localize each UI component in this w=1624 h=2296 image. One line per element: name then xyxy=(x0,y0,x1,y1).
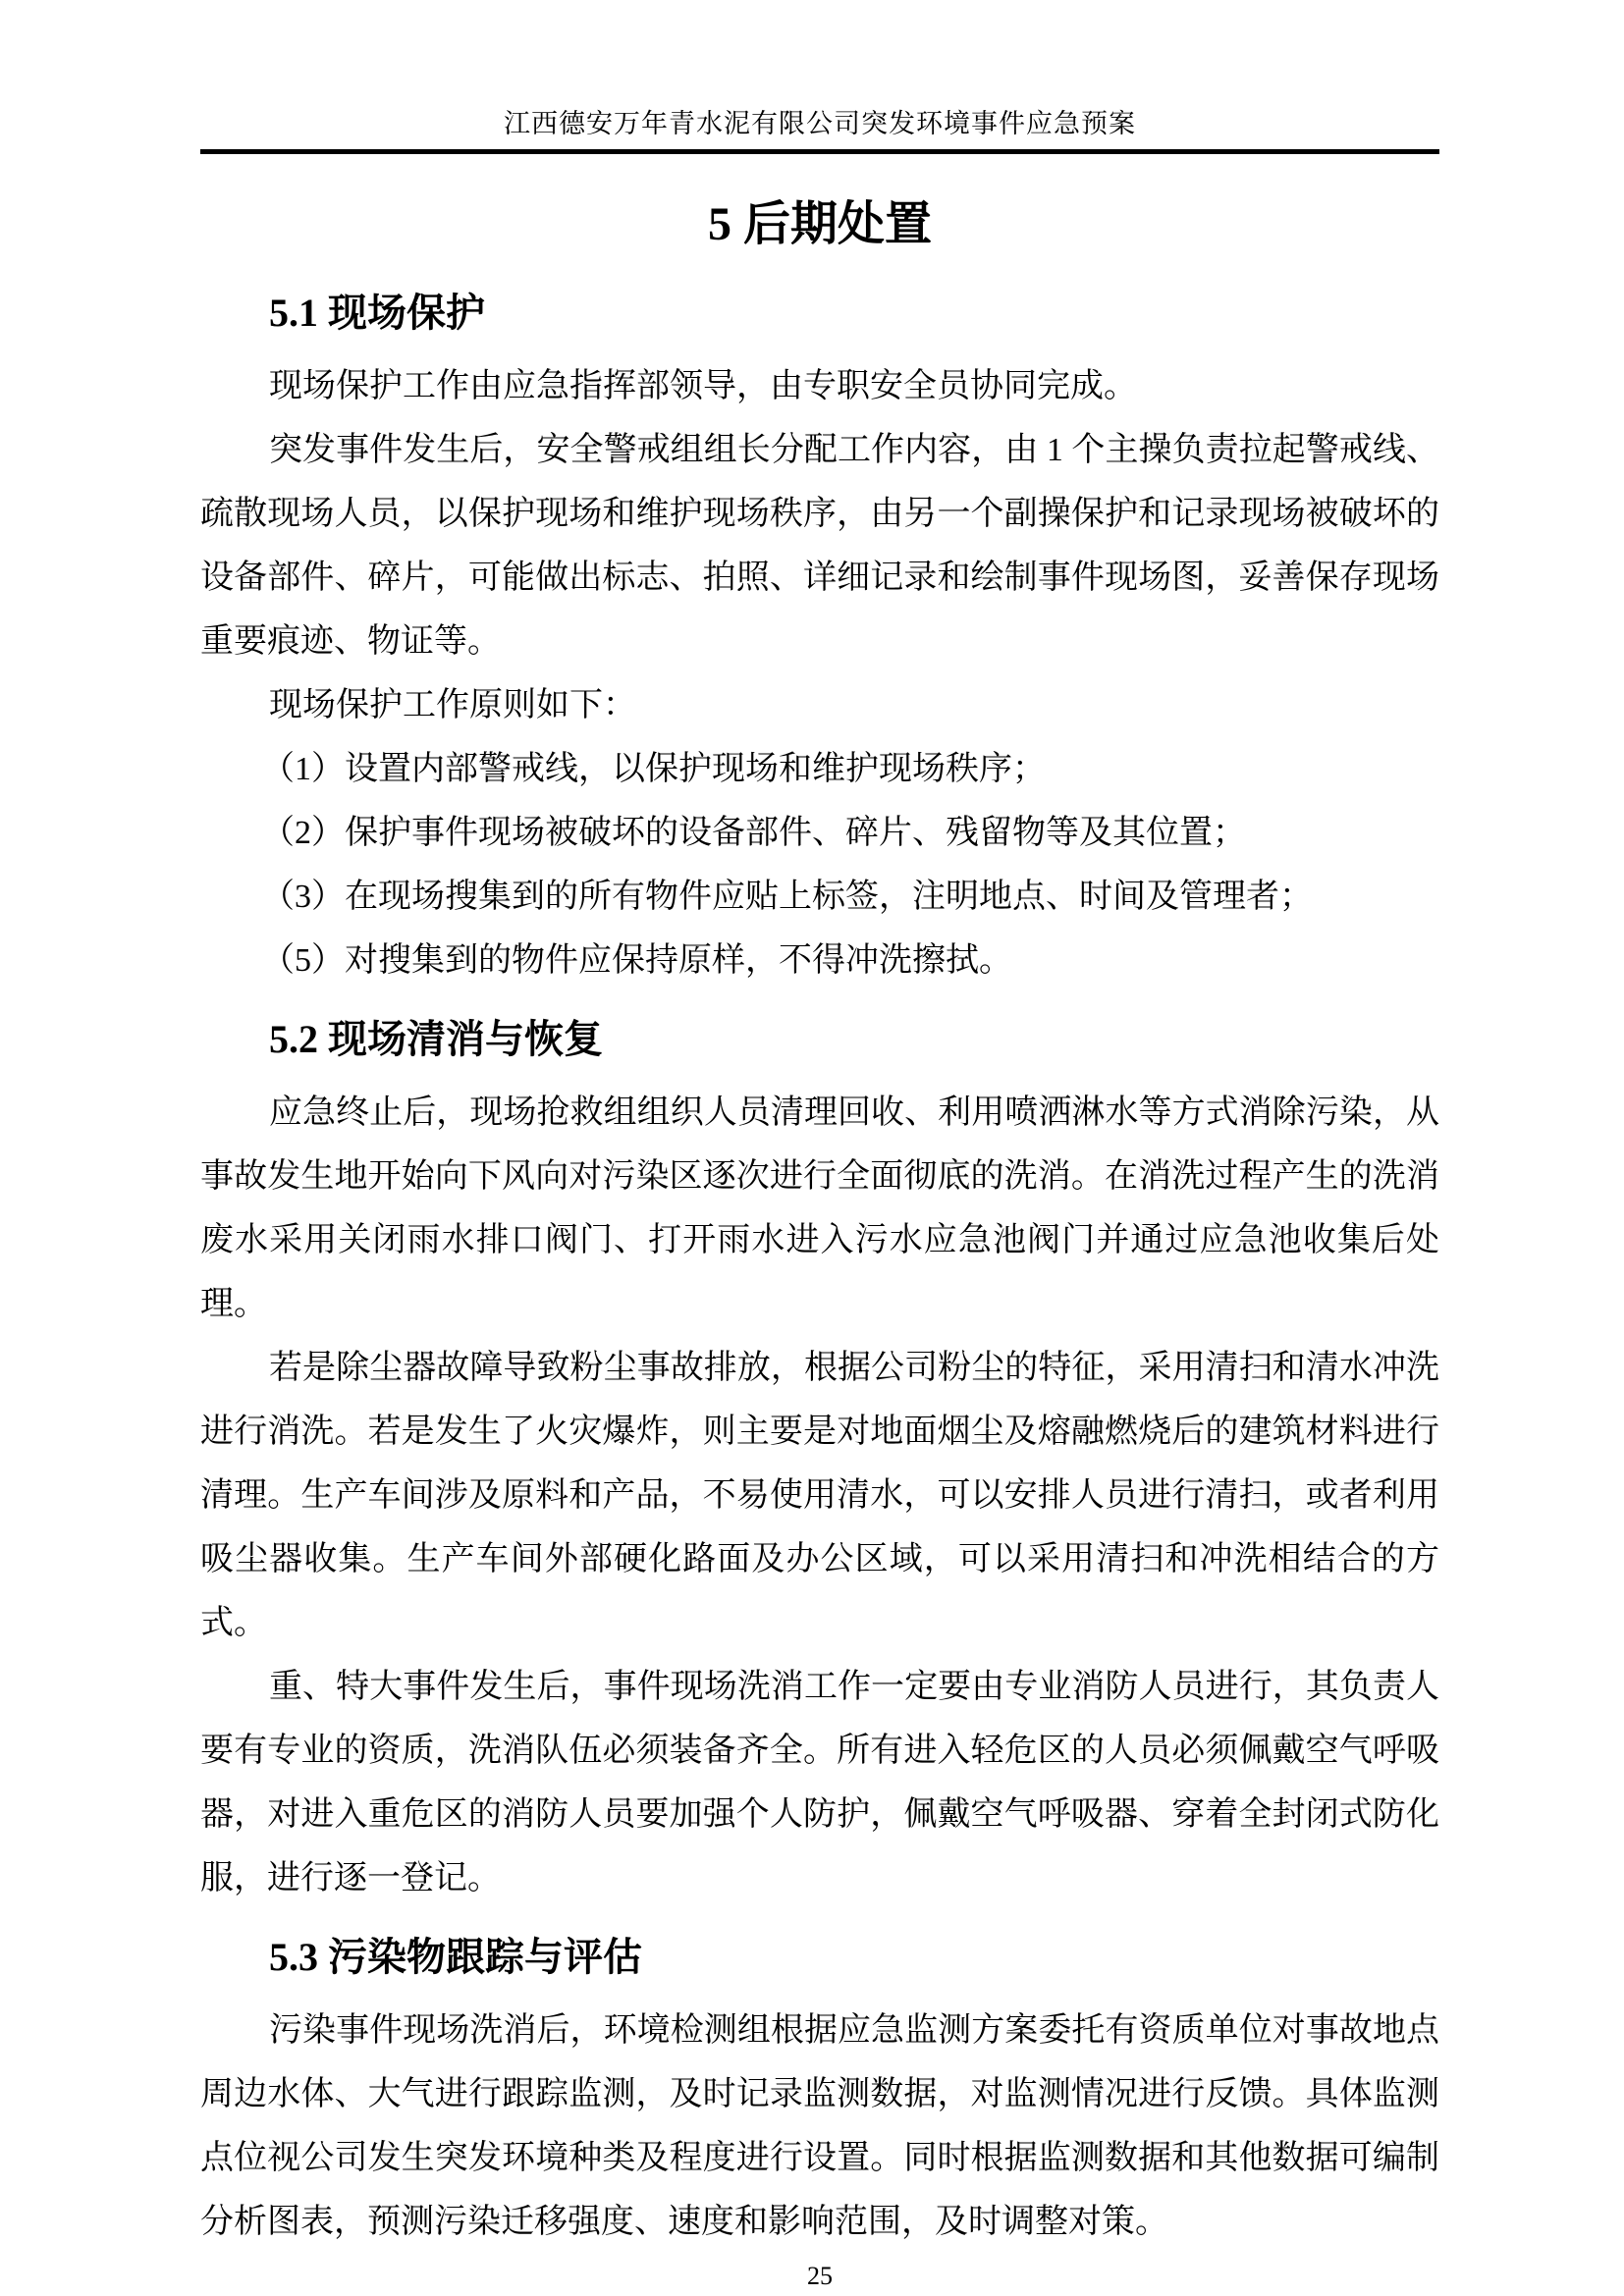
header-rule xyxy=(200,149,1439,154)
document-page: 江西德安万年青水泥有限公司突发环境事件应急预案 5 后期处置 5.1 现场保护 … xyxy=(0,0,1624,2296)
paragraph: 现场保护工作原则如下： xyxy=(200,673,1439,737)
page-number: 25 xyxy=(200,2260,1439,2293)
paragraph: 现场保护工作由应急指挥部领导，由专职安全员协同完成。 xyxy=(200,354,1439,418)
paragraph: 应急终止后，现场抢救组组织人员清理回收、利用喷洒淋水等方式消除污染，从事故发生地… xyxy=(200,1081,1439,1336)
paragraph: 突发事件发生后，安全警戒组组长分配工作内容，由 1 个主操负责拉起警戒线、疏散现… xyxy=(200,418,1439,673)
list-item-5: （5）对搜集到的物件应保持原样，不得冲洗擦拭。 xyxy=(200,929,1439,992)
section-heading-5-3: 5.3 污染物跟踪与评估 xyxy=(200,1932,1439,1983)
list-item-1: （1）设置内部警戒线，以保护现场和维护现场秩序； xyxy=(200,737,1439,801)
paragraph: 若是除尘器故障导致粉尘事故排放，根据公司粉尘的特征，采用清扫和清水冲洗进行消洗。… xyxy=(200,1336,1439,1655)
paragraph: 重、特大事件发生后，事件现场洗消工作一定要由专业消防人员进行，其负责人要有专业的… xyxy=(200,1655,1439,1910)
page-content: 江西德安万年青水泥有限公司突发环境事件应急预案 5 后期处置 5.1 现场保护 … xyxy=(200,0,1439,2293)
list-item-2: （2）保护事件现场被破坏的设备部件、碎片、残留物等及其位置； xyxy=(200,801,1439,865)
chapter-title: 5 后期处置 xyxy=(200,195,1439,254)
section-heading-5-2: 5.2 现场清消与恢复 xyxy=(200,1014,1439,1065)
paragraph: 污染事件现场洗消后，环境检测组根据应急监测方案委托有资质单位对事故地点周边水体、… xyxy=(200,1999,1439,2254)
page-header-title: 江西德安万年青水泥有限公司突发环境事件应急预案 xyxy=(200,0,1439,139)
section-heading-5-1: 5.1 现场保护 xyxy=(200,288,1439,339)
list-item-3: （3）在现场搜集到的所有物件应贴上标签，注明地点、时间及管理者； xyxy=(200,865,1439,929)
